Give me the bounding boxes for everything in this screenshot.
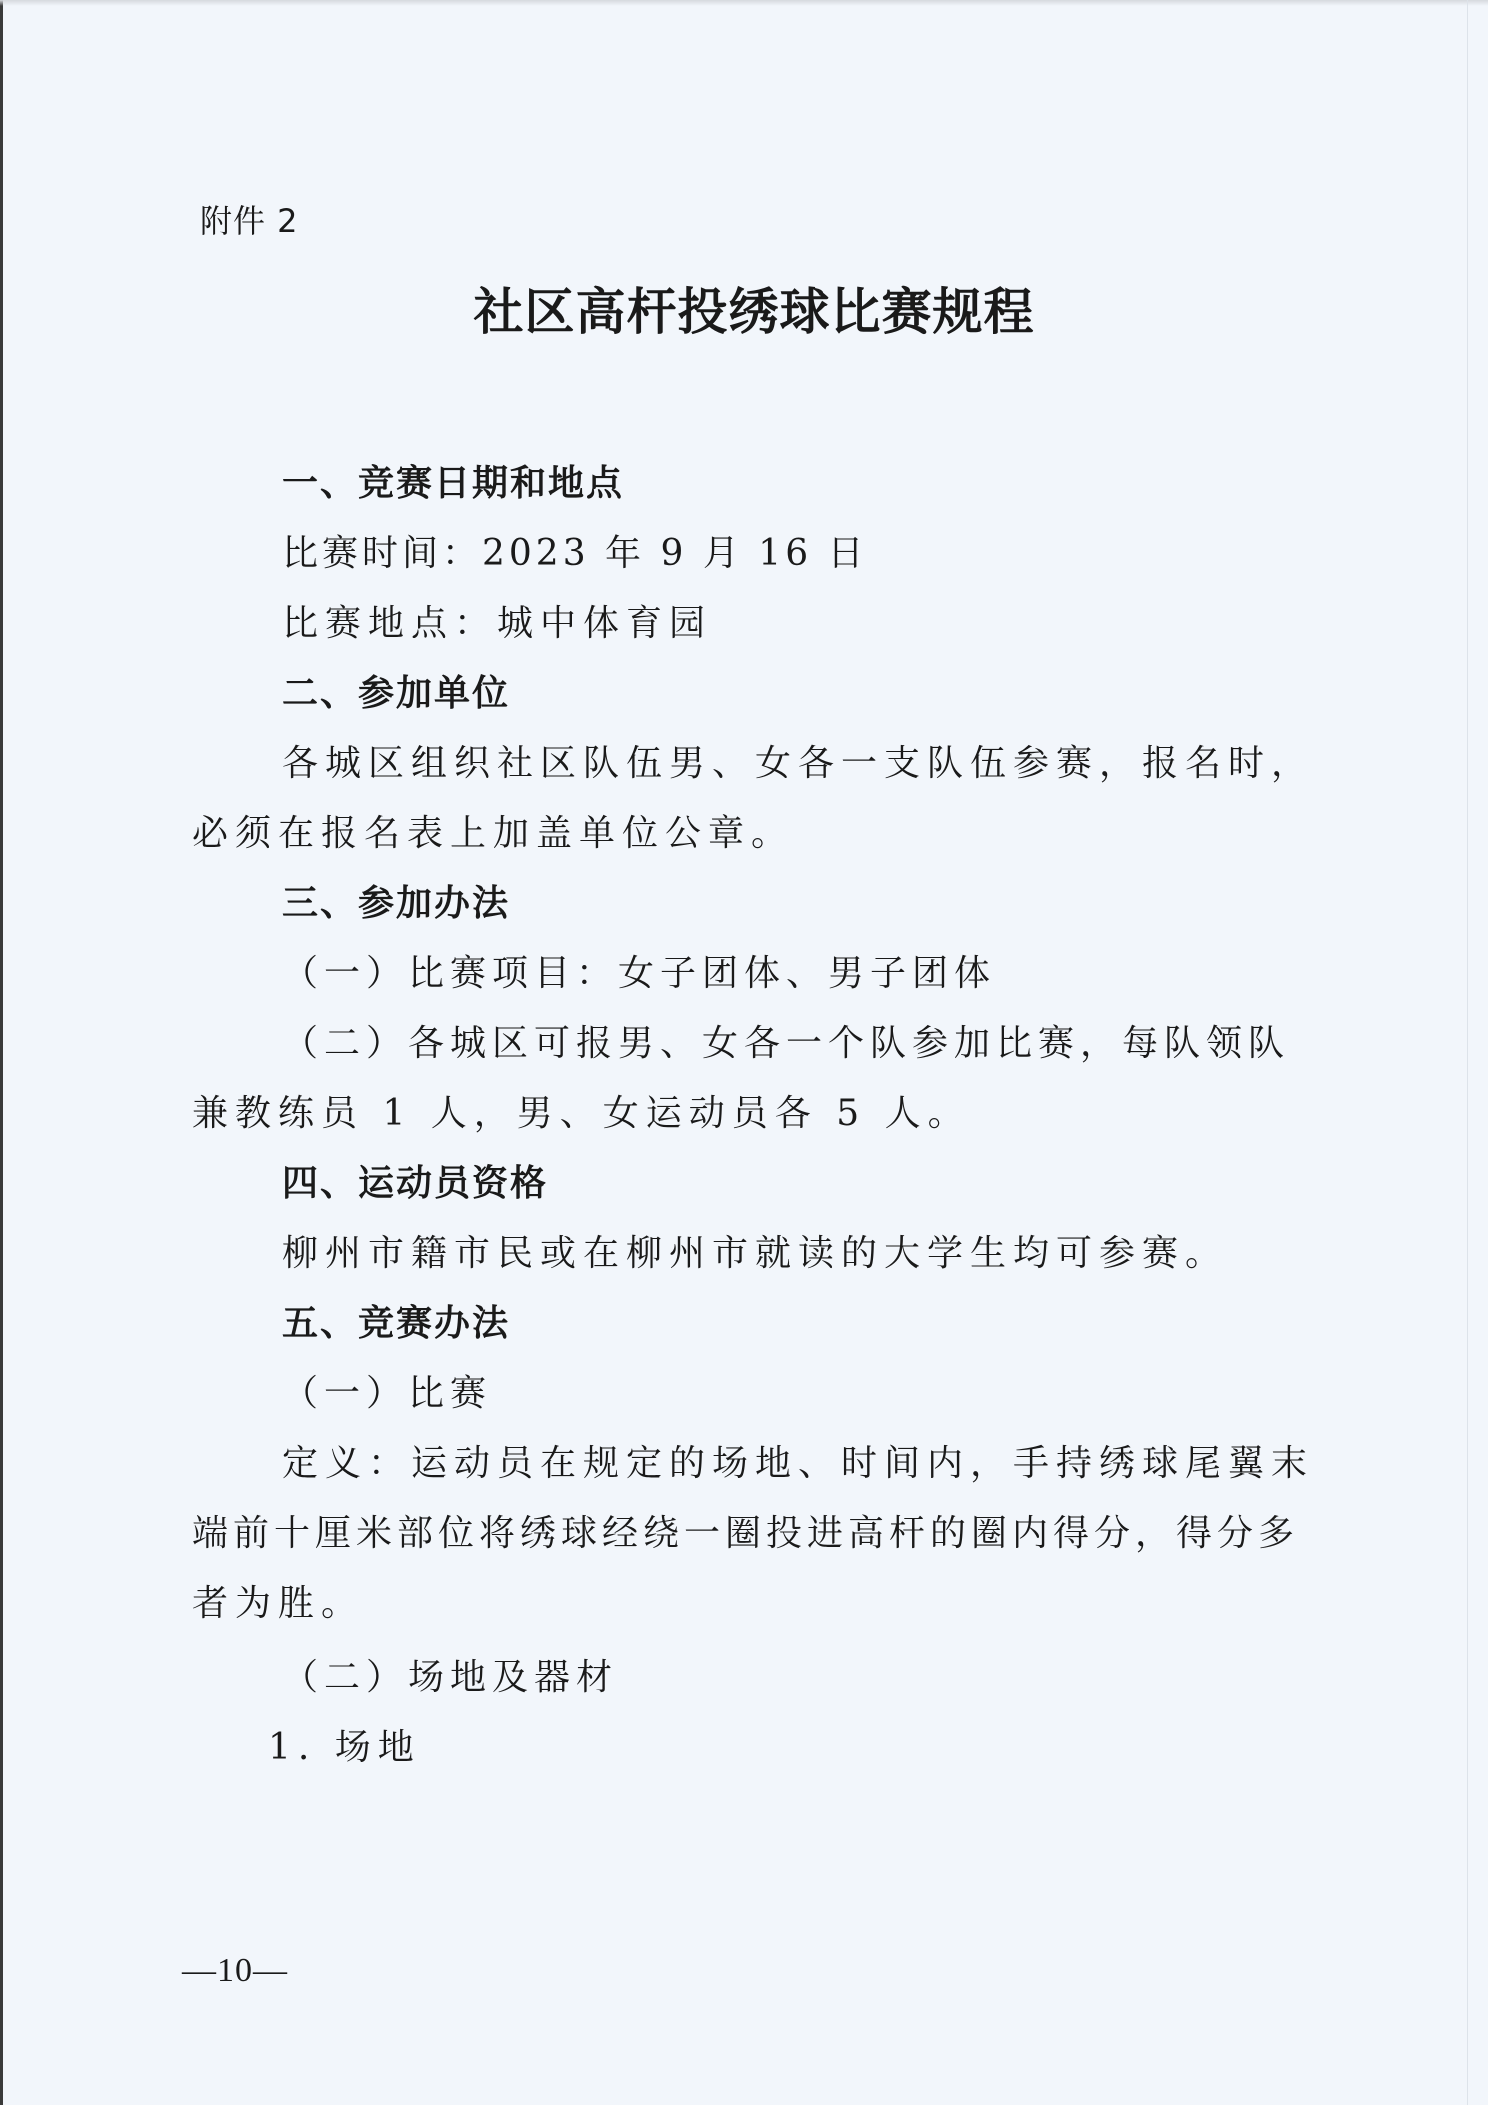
- subitem-teams: （二）各城区可报男、女各一个队参加比赛，每队领队: [282, 1022, 1290, 1066]
- section-heading-5: 五、竞赛办法: [282, 1302, 510, 1346]
- paragraph-line: 必须在报名表上加盖单位公章。: [192, 812, 794, 856]
- scan-edge-top: [0, 0, 1488, 6]
- section-heading-3: 三、参加办法: [282, 882, 510, 926]
- paragraph-line: 柳州市籍市民或在柳州市就读的大学生均可参赛。: [282, 1232, 1228, 1276]
- paragraph-line: 各城区组织社区队伍男、女各一支队伍参赛，报名时，: [282, 742, 1314, 786]
- competition-date: 比赛时间：2023 年 9 月 16 日: [282, 532, 868, 576]
- subitem-events: （一）比赛项目：女子团体、男子团体: [282, 952, 996, 996]
- numbered-item-venue: 1. 场地: [268, 1726, 421, 1770]
- paragraph-line: 定义：运动员在规定的场地、时间内，手持绣球尾翼末: [282, 1442, 1314, 1486]
- subitem-match: （一）比赛: [282, 1372, 492, 1416]
- section-heading-2: 二、参加单位: [282, 672, 510, 716]
- section-heading-4: 四、运动员资格: [282, 1162, 548, 1206]
- annex-label: 附件 2: [200, 196, 299, 242]
- section-heading-1: 一、竞赛日期和地点: [282, 462, 624, 506]
- paragraph-line: 者为胜。: [192, 1582, 364, 1626]
- subitem-venue-equipment: （二）场地及器材: [282, 1656, 618, 1700]
- document-title: 社区高杆投绣球比赛规程: [0, 272, 1488, 344]
- competition-venue: 比赛地点：城中体育园: [282, 602, 712, 646]
- paragraph-line: 兼教练员 1 人，男、女运动员各 5 人。: [192, 1092, 971, 1136]
- page-number: —10—: [182, 1952, 288, 1990]
- paragraph-line: 端前十厘米部位将绣球经绕一圈投进高杆的圈内得分，得分多: [192, 1512, 1299, 1556]
